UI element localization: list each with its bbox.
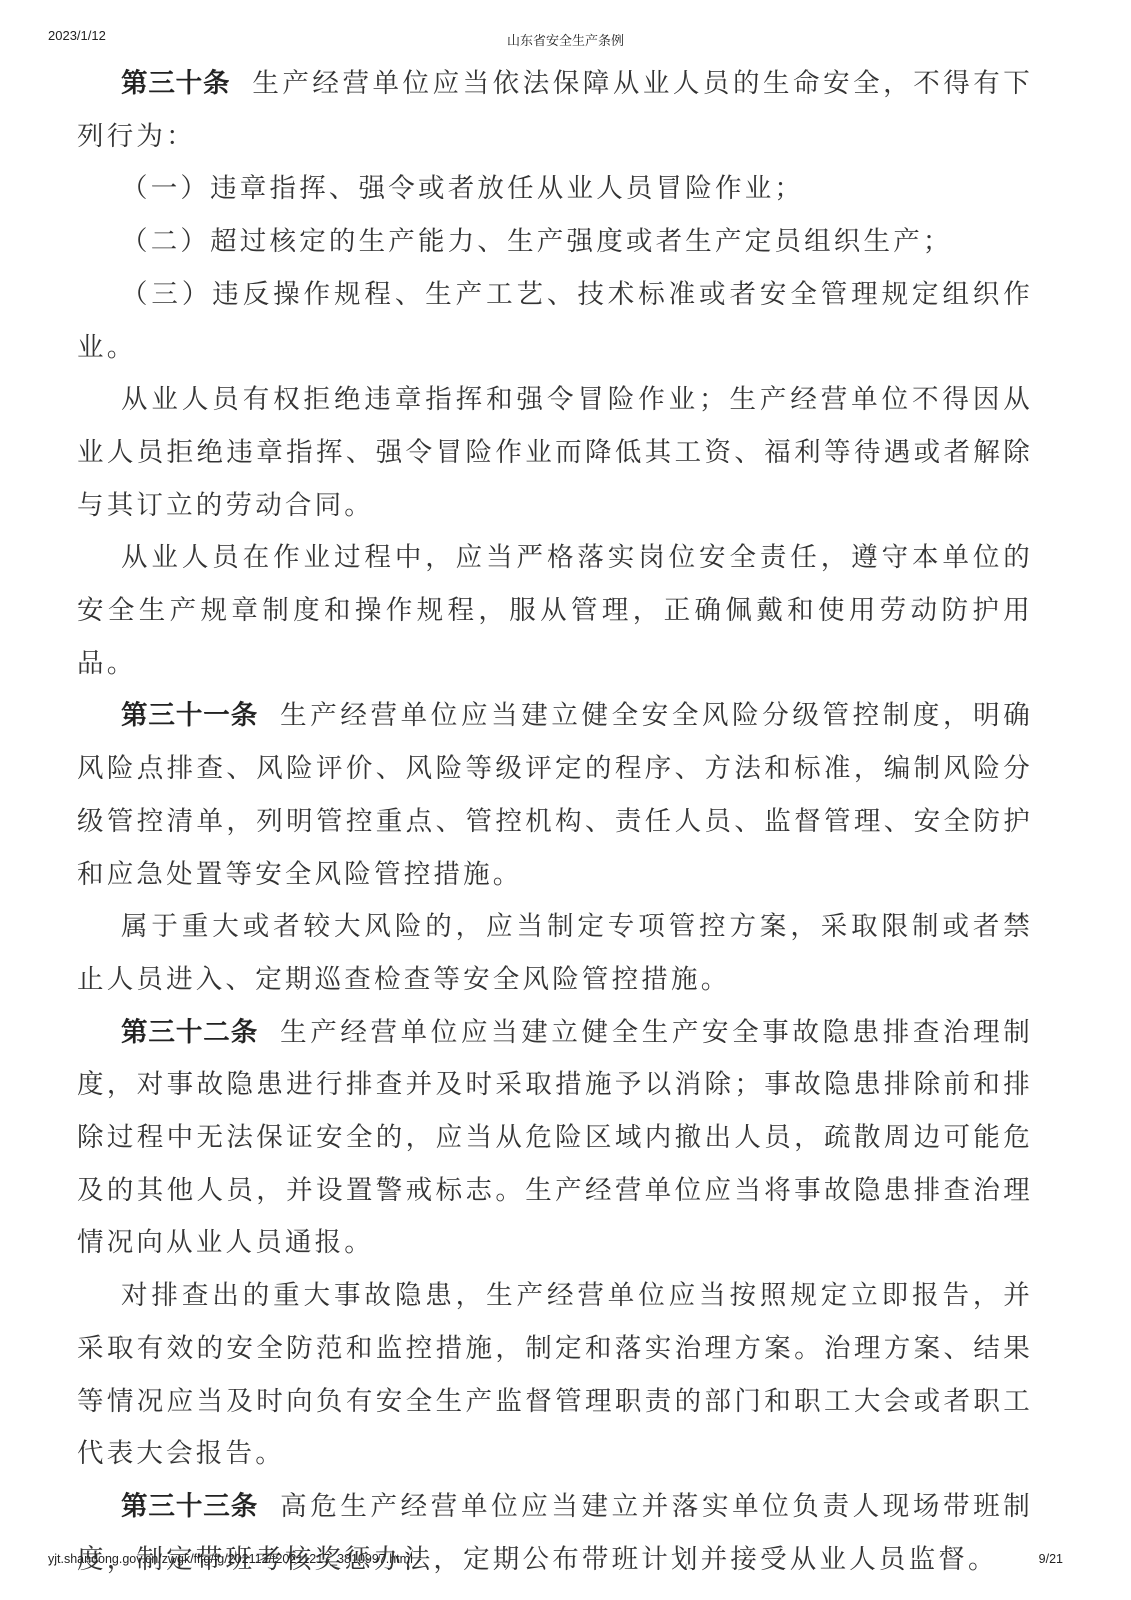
paragraph-text: 从业人员有权拒绝违章指挥和强令冒险作业；生产经营单位不得因从业人员拒绝违章指挥、… xyxy=(77,384,1033,520)
paragraph: 从业人员有权拒绝违章指挥和强令冒险作业；生产经营单位不得因从业人员拒绝违章指挥、… xyxy=(77,374,1033,532)
article-number: 第三十二条 xyxy=(121,1017,258,1048)
document-title: 山东省安全生产条例 xyxy=(0,30,1131,49)
article-number: 第三十一条 xyxy=(121,700,258,731)
paragraph: 从业人员在作业过程中，应当严格落实岗位安全责任，遵守本单位的安全生产规章制度和操… xyxy=(77,532,1033,690)
paragraph-text: （二）超过核定的生产能力、生产强度或者生产定员组织生产； xyxy=(121,226,953,257)
paragraph-text: （一）违章指挥、强令或者放任从业人员冒险作业； xyxy=(121,173,804,204)
paragraph: 对排查出的重大事故隐患，生产经营单位应当按照规定立即报告，并采取有效的安全防范和… xyxy=(77,1270,1033,1481)
article-number: 第三十条 xyxy=(121,68,230,99)
list-item: （二）超过核定的生产能力、生产强度或者生产定员组织生产； xyxy=(77,216,1033,269)
document-body: 第三十条生产经营单位应当依法保障从业人员的生命安全，不得有下列行为： （一）违章… xyxy=(77,58,1033,1586)
article-paragraph: 第三十条生产经营单位应当依法保障从业人员的生命安全，不得有下列行为： xyxy=(77,58,1033,163)
list-item: （一）违章指挥、强令或者放任从业人员冒险作业； xyxy=(77,163,1033,216)
article-paragraph: 第三十三条高危生产经营单位应当建立并落实单位负责人现场带班制度，制定带班考核奖惩… xyxy=(77,1481,1033,1586)
paragraph-text: 属于重大或者较大风险的，应当制定专项管控方案，采取限制或者禁止人员进入、定期巡查… xyxy=(77,911,1033,995)
paragraph-text: 生产经营单位应当建立健全生产安全事故隐患排查治理制度，对事故隐患进行排查并及时采… xyxy=(77,1017,1033,1259)
list-item: （三）违反操作规程、生产工艺、技术标准或者安全管理规定组织作业。 xyxy=(77,269,1033,374)
article-paragraph: 第三十一条生产经营单位应当建立健全安全风险分级管控制度，明确风险点排查、风险评价… xyxy=(77,690,1033,901)
paragraph-text: 从业人员在作业过程中，应当严格落实岗位安全责任，遵守本单位的安全生产规章制度和操… xyxy=(77,542,1033,678)
page-number: 9/21 xyxy=(1039,1552,1063,1566)
paragraph: 属于重大或者较大风险的，应当制定专项管控方案，采取限制或者禁止人员进入、定期巡查… xyxy=(77,901,1033,1006)
article-paragraph: 第三十二条生产经营单位应当建立健全生产安全事故隐患排查治理制度，对事故隐患进行排… xyxy=(77,1007,1033,1271)
paragraph-text: （三）违反操作规程、生产工艺、技术标准或者安全管理规定组织作业。 xyxy=(77,279,1033,363)
article-number: 第三十三条 xyxy=(121,1491,258,1522)
paragraph-text: 对排查出的重大事故隐患，生产经营单位应当按照规定立即报告，并采取有效的安全防范和… xyxy=(77,1280,1033,1469)
source-url: yjt.shandong.gov.cn/zwgk/flfg/fg/202112/… xyxy=(48,1552,413,1566)
